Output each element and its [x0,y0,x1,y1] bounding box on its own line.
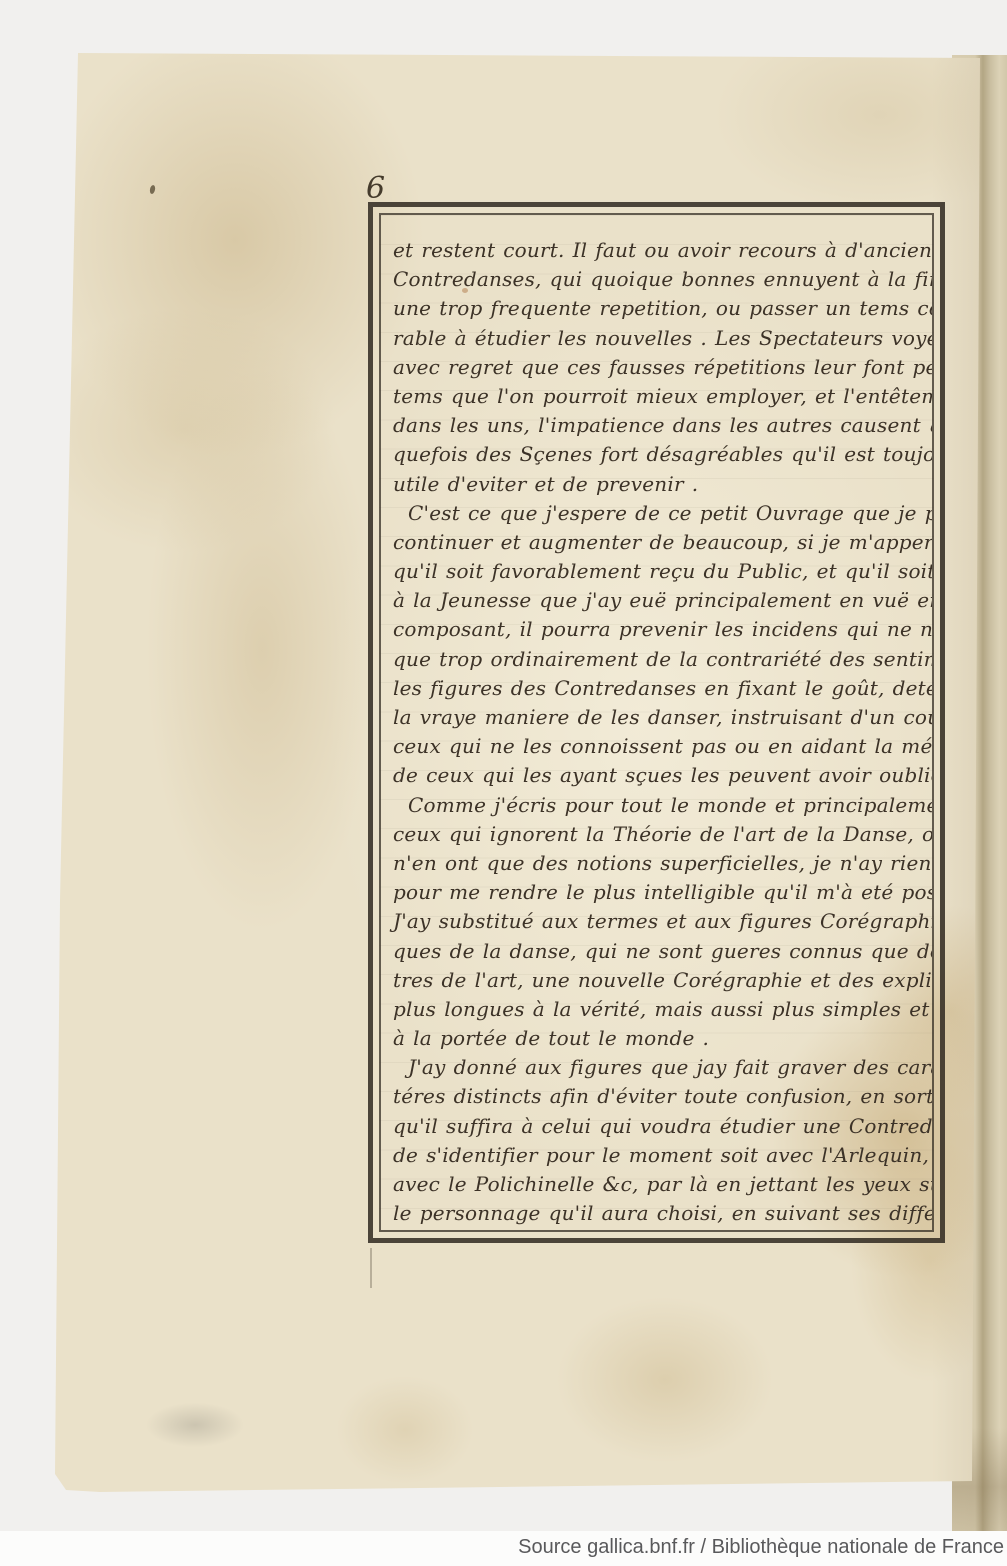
text-line: une trop frequente repetition, ou passer… [393,294,930,323]
text-line: C'est ce que j'espere de ce petit Ouvrag… [393,499,930,528]
text-line: téres distincts afin d'éviter toute conf… [393,1082,930,1111]
text-line: ceux qui ne les connoissent pas ou en ai… [393,732,930,761]
text-line: qu'il suffira à celui qui voudra étudier… [393,1112,930,1141]
text-line: le personnage qu'il aura choisi, en suiv… [393,1199,930,1228]
text-line: rable à étudier les nouvelles . Les Spec… [393,324,930,353]
text-line: que trop ordinairement de la contrariété… [393,645,930,674]
text-line: qu'il soit favorablement reçu du Public,… [393,557,930,586]
ink-speck [462,288,468,293]
text-line: plus longues à la vérité, mais aussi plu… [393,995,930,1024]
engraved-border-inner-rule: et restent court. Il faut ou avoir recou… [379,213,934,1232]
text-line: Comme j'écris pour tout le monde et prin… [393,791,930,820]
text-line: ques de la danse, qui ne sont gueres con… [393,937,930,966]
text-line: avec regret que ces fausses répetitions … [393,353,930,382]
text-line: à la Jeunesse que j'ay euë principalemen… [393,586,930,615]
plate-mark [370,1248,372,1288]
text-line: les figures des Contredanses en fixant l… [393,674,930,703]
text-line: avec le Polichinelle &c, par là en jetta… [393,1170,930,1199]
text-line: quefois des Sçenes fort désagréables qu'… [393,440,930,469]
text-line: n'en ont que des notions superficielles,… [393,849,930,878]
manuscript-text: et restent court. Il faut ou avoir recou… [393,236,930,1228]
text-line: de ceux qui les ayant sçues les peuvent … [393,761,930,790]
text-line: dans les uns, l'impatience dans les autr… [393,411,930,440]
text-line: de s'identifier pour le moment soit avec… [393,1141,930,1170]
text-line: composant, il pourra prevenir les incide… [393,615,930,644]
text-line: J'ay donné aux figures que jay fait grav… [393,1053,930,1082]
text-line: à la portée de tout le monde . [393,1024,930,1053]
text-line: pour me rendre le plus intelligible qu'i… [393,878,930,907]
text-line: tres de l'art, une nouvelle Corégraphie … [393,966,930,995]
text-line: J'ay substitué aux termes et aux figures… [393,907,930,936]
text-line: et restent court. Il faut ou avoir recou… [393,236,930,265]
source-attribution: Source gallica.bnf.fr / Bibliothèque nat… [518,1531,1007,1564]
text-line: ceux qui ignorent la Théorie de l'art de… [393,820,930,849]
text-line: tems que l'on pourroit mieux employer, e… [393,382,930,411]
text-line: Contredanses, qui quoique bonnes ennuyen… [393,265,930,294]
text-line: continuer et augmenter de beaucoup, si j… [393,528,930,557]
text-line: la vraye maniere de les danser, instruis… [393,703,930,732]
engraved-border-frame: et restent court. Il faut ou avoir recou… [368,202,945,1243]
footer-bar: Source gallica.bnf.fr / Bibliothèque nat… [0,1531,1007,1566]
text-line: utile d'eviter et de prevenir . [393,470,930,499]
scanned-document: 6 et restent court. Il faut ou avoir rec… [0,0,1007,1566]
page-number: 6 [366,174,385,204]
